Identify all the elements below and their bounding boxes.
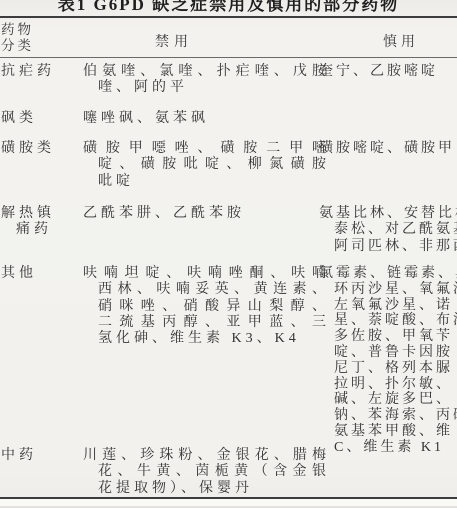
row-forbidden-cell: 乙酰苯肼、乙酰苯胺 [83,206,333,222]
cell-text-line: 泰松、对乙酰氨基 [319,222,457,238]
cell-text-line: 西林、呋喃妥英、黄连素、 [83,282,330,298]
row-forbidden-cell: 川莲、珍珠粉、金银花、腊梅花、牛黄、茵栀黄（含金银花提取物）、保婴丹 [83,448,333,497]
cell-text-line: 拉明、扑尔敏、 [319,377,457,393]
cell-text-line: 硝咪唑、硝酸异山梨醇、 [83,299,330,315]
row-caution-cell: 磺胺嘧啶、磺胺甲 [319,141,457,157]
cell-text-line: 花提取物）、保婴丹 [83,481,333,497]
cell-text-line: 川莲、珍珠粉、金银花、腊梅 [83,448,330,464]
cell-text-line: 呋喃坦啶、呋喃唑酮、呋喃 [83,266,330,282]
cell-text-line: 多佐胺、甲氧苄 [319,329,457,345]
cell-text-line: 磺胺甲噁唑、磺胺二甲嘧 [83,141,330,157]
table-top-rule [0,16,457,18]
column-header-category-line2: 分类 [1,38,34,54]
row-caution-cell: 氯霉素、链霉素、异环丙沙星、氧氟沙左氧氟沙星、诺星、萘啶酸、布洛多佐胺、甲氧苄啶… [319,266,457,456]
row-category-cell: 解热镇痛药 [1,206,83,239]
table-title: 表1 G6PD 缺乏症禁用及慎用的部分药物 [58,0,399,15]
cell-text-line: 痛药 [1,222,83,238]
cell-text-line: 花、牛黄、茵栀黄（含金银 [83,464,330,480]
row-caution-cell: 氨基比林、安替比林泰松、对乙酰氨基阿司匹林、非那西 [319,206,457,255]
cell-text-line: 奎宁、乙胺嘧啶 [319,64,457,80]
column-header-forbidden: 禁用 [155,31,193,51]
row-category-cell: 中药 [1,448,83,464]
row-category-cell: 抗疟药 [1,64,83,80]
scanned-drug-table-page: 表1 G6PD 缺乏症禁用及慎用的部分药物 药物 分类 禁用 慎用 抗疟药 伯氨… [0,0,457,508]
cell-text-line: 星、萘啶酸、布洛 [319,313,457,329]
row-category-cell: 砜类 [1,111,83,127]
cell-text-line: 钠、苯海索、丙磺 [319,408,457,424]
cell-text-line: C、维生素 K1 [319,440,457,456]
cell-text-line: 尼丁、格列本脲 [319,361,457,377]
column-header-caution: 慎用 [383,31,419,51]
cell-text-line: 二巯基丙醇、亚甲蓝、三 [83,315,330,331]
cell-text-line: 伯氨喹、氯喹、扑疟喹、戊胺 [83,64,330,80]
cell-text-line: 环丙沙星、氧氟沙 [319,282,457,298]
cell-text-line: 其他 [1,266,83,282]
cell-text-line: 磺胺类 [1,141,83,157]
cell-text-line: 氢化砷、维生素 K3、K4 [83,331,333,347]
row-caution-cell: 奎宁、乙胺嘧啶 [319,64,457,80]
cell-text-line: 解热镇 [1,206,83,222]
cell-text-line: 碱、左旋多巴、 [319,392,457,408]
cell-text-line: 噻唑砜、氨苯砜 [83,111,333,127]
column-header-category: 药物 分类 [1,22,34,53]
cell-text-line: 阿司匹林、非那西 [319,239,457,255]
cell-text-line: 抗疟药 [1,64,83,80]
cell-text-line: 磺胺嘧啶、磺胺甲 [319,141,457,157]
cell-text-line: 啶、磺胺吡啶、柳氮磺胺 [83,157,330,173]
cell-text-line: 左氧氟沙星、诺 [319,298,457,314]
cell-text-line: 氨基比林、安替比林 [319,206,457,222]
cell-text-line: 吡啶 [83,174,333,190]
row-forbidden-cell: 呋喃坦啶、呋喃唑酮、呋喃西林、呋喃妥英、黄连素、硝咪唑、硝酸异山梨醇、二巯基丙醇… [83,266,333,347]
cell-text-line: 乙酰苯肼、乙酰苯胺 [83,206,333,222]
row-category-cell: 磺胺类 [1,141,83,157]
row-forbidden-cell: 噻唑砜、氨苯砜 [83,111,333,127]
row-forbidden-cell: 磺胺甲噁唑、磺胺二甲嘧啶、磺胺吡啶、柳氮磺胺吡啶 [83,141,333,190]
cell-text-line: 啶、普鲁卡因胺 [319,345,457,361]
column-header-category-line1: 药物 [1,22,34,38]
row-category-cell: 其他 [1,266,83,282]
cell-text-line: 砜类 [1,111,83,127]
cell-text-line: 氯霉素、链霉素、异 [319,266,457,282]
header-divider-rule [0,57,457,58]
cell-text-line: 喹、阿的平 [83,80,333,96]
cell-text-line: 中药 [1,448,83,464]
cell-text-line: 氨基苯甲酸、维 [319,424,457,440]
row-forbidden-cell: 伯氨喹、氯喹、扑疟喹、戊胺喹、阿的平 [83,64,333,97]
